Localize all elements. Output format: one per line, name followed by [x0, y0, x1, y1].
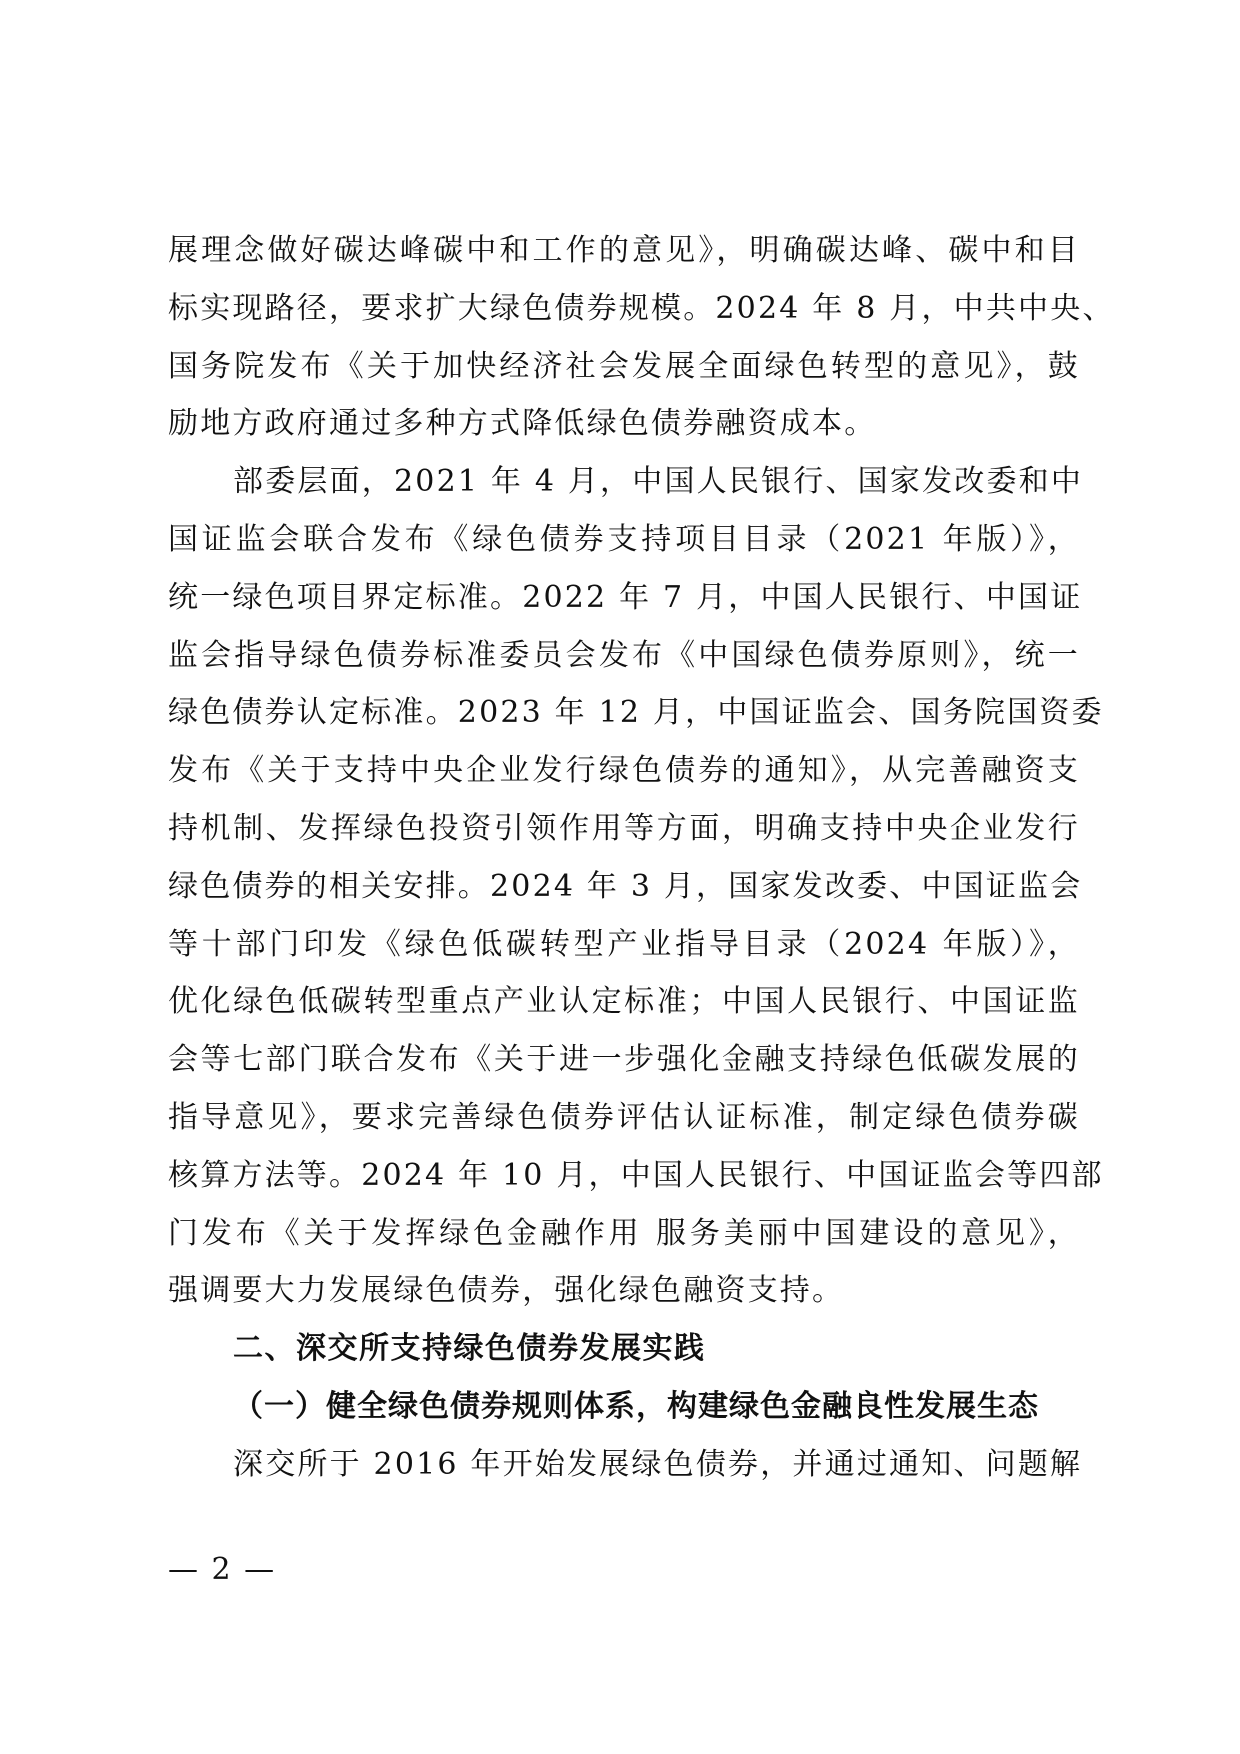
text-line: 持机制、发挥绿色投资引领作用等方面，明确支持中央企业发行	[168, 800, 1080, 858]
text-line: 绿色债券认定标准。2023 年 12 月，中国证监会、国务院国资委	[168, 684, 1080, 742]
text-line: 部委层面，2021 年 4 月，中国人民银行、国家发改委和中	[168, 453, 1080, 511]
text-line: 门发布《关于发挥绿色金融作用 服务美丽中国建设的意见》，	[168, 1205, 1080, 1263]
text-line: 发布《关于支持中央企业发行绿色债券的通知》，从完善融资支	[168, 742, 1080, 800]
text-line: 国证监会联合发布《绿色债券支持项目目录（2021 年版）》，	[168, 511, 1080, 569]
text-line: 展理念做好碳达峰碳中和工作的意见》，明确碳达峰、碳中和目	[168, 222, 1080, 280]
section-heading: 二、深交所支持绿色债券发展实践	[168, 1320, 1080, 1378]
text-line: 指导意见》，要求完善绿色债券评估认证标准，制定绿色债券碳	[168, 1089, 1080, 1147]
text-line: 标实现路径，要求扩大绿色债券规模。2024 年 8 月，中共中央、	[168, 280, 1080, 338]
text-line: 统一绿色项目界定标准。2022 年 7 月，中国人民银行、中国证	[168, 569, 1080, 627]
text-line: 深交所于 2016 年开始发展绿色债券，并通过通知、问题解	[168, 1436, 1080, 1494]
text-line: 监会指导绿色债券标准委员会发布《中国绿色债券原则》，统一	[168, 627, 1080, 685]
text-line: 优化绿色低碳转型重点产业认定标准；中国人民银行、中国证监	[168, 973, 1080, 1031]
subsection-heading: （一）健全绿色债券规则体系，构建绿色金融良性发展生态	[168, 1378, 1080, 1436]
text-line: 核算方法等。2024 年 10 月，中国人民银行、中国证监会等四部	[168, 1147, 1080, 1205]
text-line: 国务院发布《关于加快经济社会发展全面绿色转型的意见》，鼓	[168, 338, 1080, 396]
text-line: 绿色债券的相关安排。2024 年 3 月，国家发改委、中国证监会	[168, 858, 1080, 916]
text-line: 强调要大力发展绿色债券，强化绿色融资支持。	[168, 1262, 1080, 1320]
text-line: 会等七部门联合发布《关于进一步强化金融支持绿色低碳发展的	[168, 1031, 1080, 1089]
text-line: 励地方政府通过多种方式降低绿色债券融资成本。	[168, 395, 1080, 453]
page-number: — 2 —	[168, 1552, 276, 1587]
document-page: 展理念做好碳达峰碳中和工作的意见》，明确碳达峰、碳中和目 标实现路径，要求扩大绿…	[168, 222, 1080, 1494]
text-line: 等十部门印发《绿色低碳转型产业指导目录（2024 年版）》，	[168, 916, 1080, 974]
